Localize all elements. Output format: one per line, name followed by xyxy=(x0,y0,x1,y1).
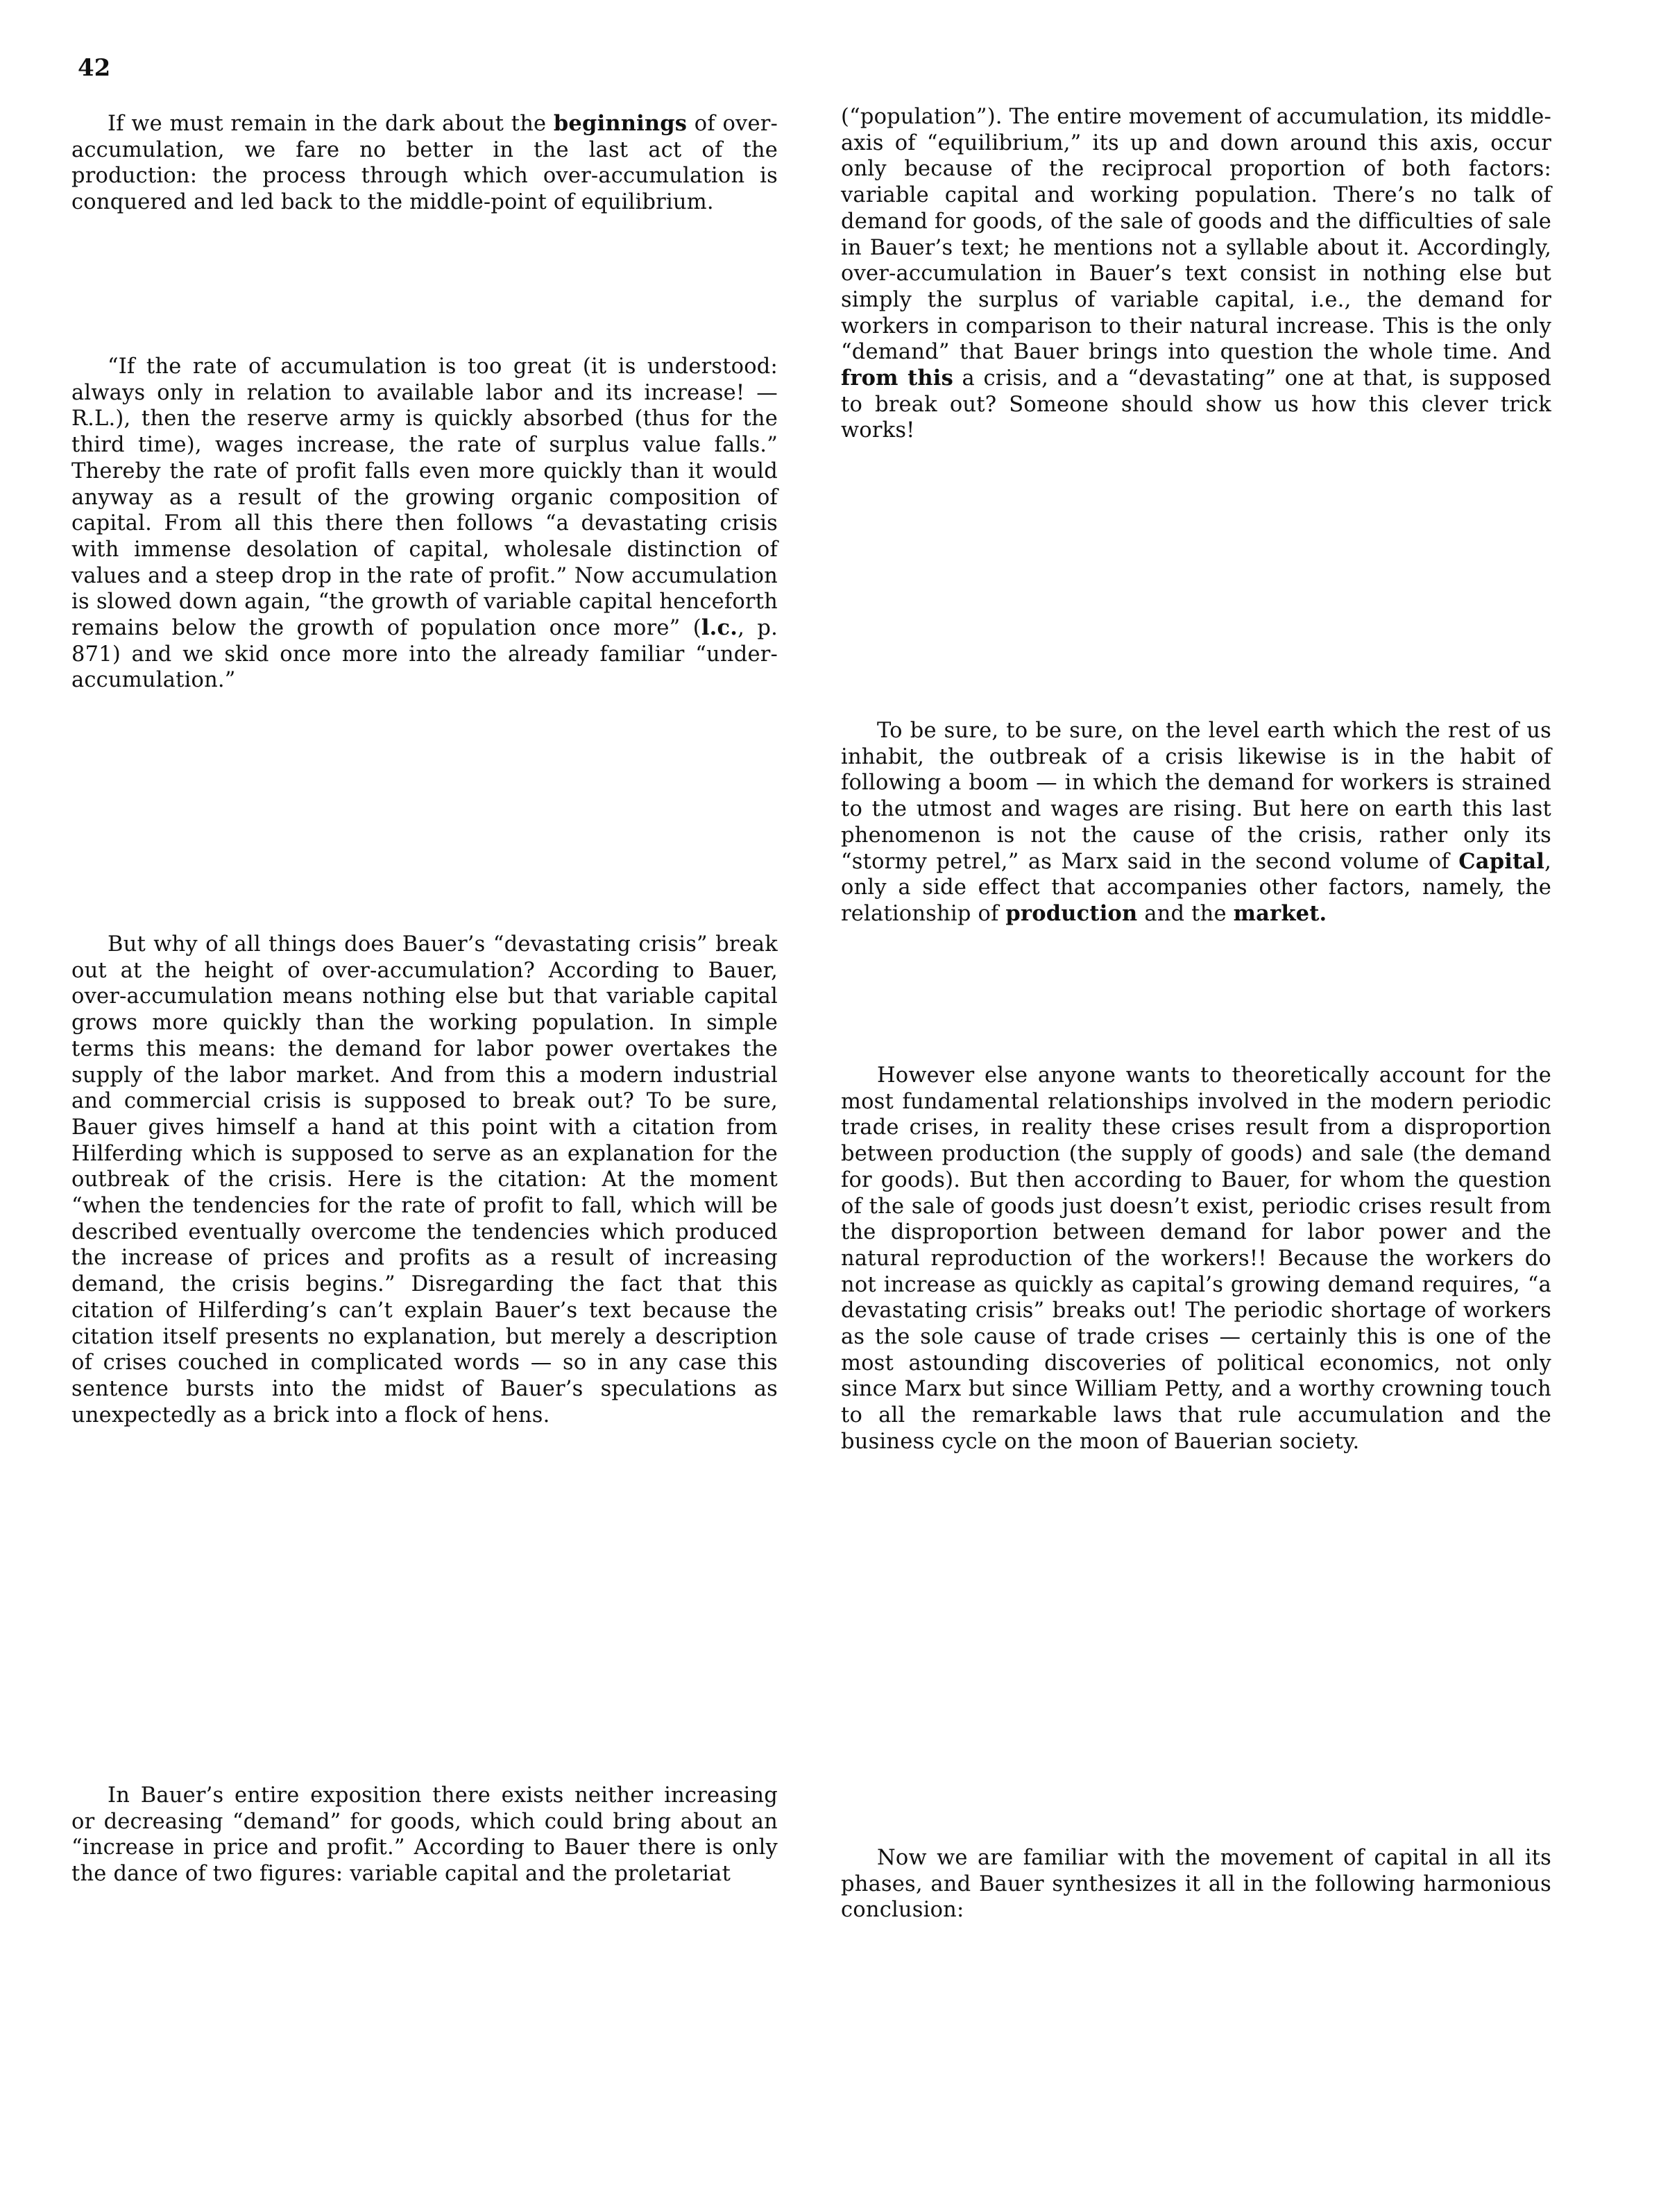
paragraph-harmonious-conclusion: Now we are familiar with the movement of… xyxy=(841,1845,1551,1923)
paragraph-no-demand-for-goods: In Bauer’s entire exposition there exist… xyxy=(71,1783,778,1887)
paragraph-devastating-crisis-question: But why of all things does Bauer’s “deva… xyxy=(71,932,778,1428)
text-run: However else anyone wants to theoretical… xyxy=(841,1063,1551,1454)
bold-text-run: Capital xyxy=(1458,849,1544,874)
bold-text-run: production xyxy=(1005,901,1137,926)
paragraph-population-movement: (“population”). The entire movement of a… xyxy=(841,104,1551,444)
text-run: (“population”). The entire movement of a… xyxy=(841,105,1551,364)
bold-text-run: from this xyxy=(841,366,953,391)
text-run: and the xyxy=(1137,902,1233,926)
paragraph-rate-of-accumulation-quote: “If the rate of accumulation is too grea… xyxy=(71,354,778,694)
paragraph-level-earth-boom: To be sure, to be sure, on the level ear… xyxy=(841,718,1551,927)
text-run: To be sure, to be sure, on the level ear… xyxy=(841,719,1551,874)
bold-text-run: market. xyxy=(1234,901,1327,926)
text-run: But why of all things does Bauer’s “deva… xyxy=(71,932,778,1427)
text-run: Now we are familiar with the movement of… xyxy=(841,1846,1551,1922)
bold-text-run: beginnings xyxy=(554,111,687,136)
text-run: In Bauer’s entire exposition there exist… xyxy=(71,1783,778,1886)
text-run: “If the rate of accumulation is too grea… xyxy=(71,354,778,640)
paragraph-over-accumulation-beginnings: If we must remain in the dark about the … xyxy=(71,111,778,216)
paragraph-periodic-trade-crises: However else anyone wants to theoretical… xyxy=(841,1063,1551,1455)
text-run: If we must remain in the dark about the xyxy=(108,112,554,136)
bold-text-run: l.c. xyxy=(701,615,738,640)
page-number: 42 xyxy=(78,54,110,82)
